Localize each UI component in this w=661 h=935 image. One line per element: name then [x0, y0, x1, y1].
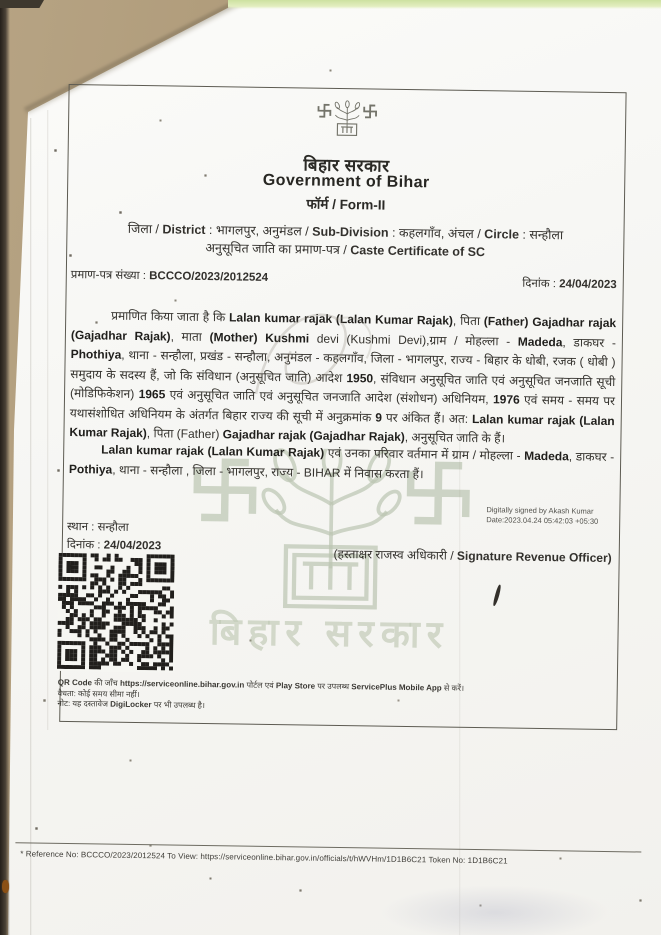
- residence-paragraph: Lalan kumar rajak (Lalan Kumar Rajak) एव…: [69, 440, 615, 487]
- form-number: फॉर्म / Form-II: [68, 191, 624, 217]
- footer-reference: * Reference No: BCCCO/2023/2012524 To Vi…: [20, 849, 508, 865]
- qr-instructions: QR Code की जाँच https://serviceonline.bi…: [57, 678, 464, 716]
- bihar-govt-emblem-icon: [315, 93, 380, 146]
- pencil-scribble-artifact: [238, 298, 400, 415]
- certificate-date: दिनांक : 24/04/2023: [522, 276, 617, 292]
- qr-code: [57, 553, 177, 673]
- signature-date-line: दिनांक : 24/04/2023: [67, 537, 162, 553]
- document-content: बिहार सरकार: [0, 0, 661, 935]
- scanned-caste-certificate: बिहार सरकार: [0, 0, 661, 935]
- pen-mark-artifact: [492, 584, 502, 606]
- digital-signature-line2: Date:2023.04.24 05:42:03 +05:30: [486, 515, 598, 526]
- digital-signature-stamp: Digitally signed by Akash Kumar Date:202…: [486, 505, 598, 526]
- scan-dust: [0, 0, 1, 1]
- watermark-text: बिहार सरकार: [179, 604, 480, 660]
- certificate-number: प्रमाण-पत्र संख्या : BCCCO/2023/2012524: [71, 267, 268, 285]
- place-line: स्थान : सन्हौला: [67, 519, 129, 535]
